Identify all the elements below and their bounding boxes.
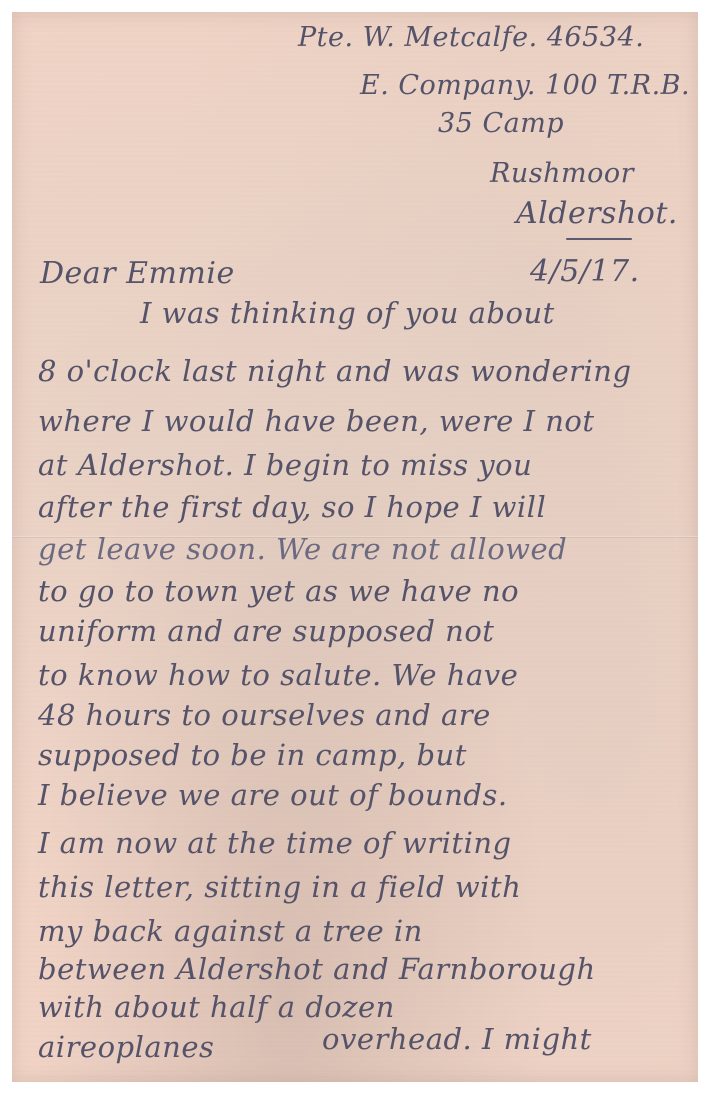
body-line: 48 hours to ourselves and are bbox=[38, 698, 491, 732]
body-line: aireoplanes bbox=[38, 1030, 214, 1064]
body-line: I am now at the time of writing bbox=[38, 826, 512, 860]
body-line: uniform and are supposed not bbox=[38, 614, 494, 648]
body-line: with about half a dozen bbox=[38, 990, 395, 1024]
body-line: overhead. I might bbox=[322, 1022, 592, 1056]
body-line: I believe we are out of bounds. bbox=[38, 778, 508, 812]
letter-date: 4/5/17. bbox=[530, 254, 640, 289]
aldershot-underline bbox=[566, 238, 632, 240]
body-line: after the first day, so I hope I will bbox=[38, 490, 546, 524]
body-line: 8 o'clock last night and was wondering bbox=[38, 354, 632, 388]
address-line-camp: 35 Camp bbox=[438, 108, 564, 139]
body-line: I was thinking of you about bbox=[140, 296, 555, 330]
body-line: to go to town yet as we have no bbox=[38, 574, 519, 608]
body-line: where I would have been, were I not bbox=[38, 404, 595, 438]
address-line-company: E. Company. 100 T.R.B. bbox=[360, 70, 690, 101]
body-line: this letter, sitting in a field with bbox=[38, 870, 521, 904]
address-line-rushmoor: Rushmoor bbox=[490, 158, 634, 189]
salutation: Dear Emmie bbox=[40, 256, 235, 291]
body-line: at Aldershot. I begin to miss you bbox=[38, 448, 532, 482]
body-line: to know how to salute. We have bbox=[38, 658, 518, 692]
body-line: supposed to be in camp, but bbox=[38, 738, 467, 772]
address-line-aldershot: Aldershot. bbox=[516, 196, 678, 231]
body-line: get leave soon. We are not allowed bbox=[38, 532, 567, 566]
body-line: my back against a tree in bbox=[38, 914, 423, 948]
body-line: between Aldershot and Farnborough bbox=[38, 952, 596, 986]
address-line-name: Pte. W. Metcalfe. 46534. bbox=[298, 22, 644, 53]
